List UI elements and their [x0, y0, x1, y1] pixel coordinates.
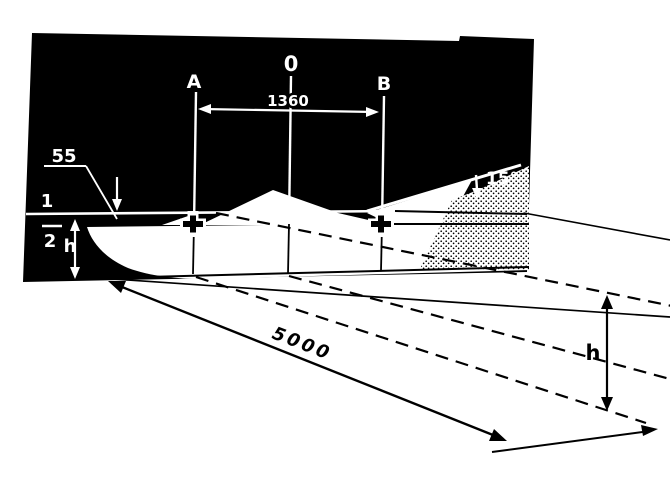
- vehicle-height-arrow-top: [601, 295, 613, 309]
- distance-5000-arrow-wall: [108, 281, 126, 293]
- label-distance-ab: 1360: [267, 92, 309, 110]
- label-point-a: A: [187, 71, 202, 93]
- label-height-vehicle: h: [586, 341, 601, 365]
- label-angle-15: 15°: [486, 169, 518, 189]
- line-0-lower: [288, 224, 289, 274]
- label-line-2: 2: [44, 231, 57, 252]
- diagram-canvas: 0 A B 1360 55 1 2 h 15° 5000 h: [0, 0, 670, 477]
- label-offset-55: 55: [51, 146, 76, 167]
- distance-5000-arrow-vehicle: [489, 429, 507, 441]
- label-height-wall: h: [64, 236, 77, 257]
- vehicle-ground-line: [492, 431, 650, 452]
- beam-ray-lower-dashed: [196, 277, 646, 423]
- line-1-extension-right: [524, 213, 670, 240]
- road-edge-line: [113, 279, 670, 317]
- label-line-1: 1: [41, 191, 54, 212]
- aiming-diagram: 0 A B 1360 55 1 2 h 15° 5000 h: [0, 0, 670, 477]
- vehicle-ground-arrow: [641, 425, 658, 436]
- label-center-line: 0: [284, 52, 299, 76]
- label-point-b: B: [377, 73, 391, 95]
- angle-15-arrow-shaft: [476, 175, 477, 190]
- distance-5000-line: [112, 283, 503, 439]
- beam-ray-middle-dashed: [289, 276, 670, 379]
